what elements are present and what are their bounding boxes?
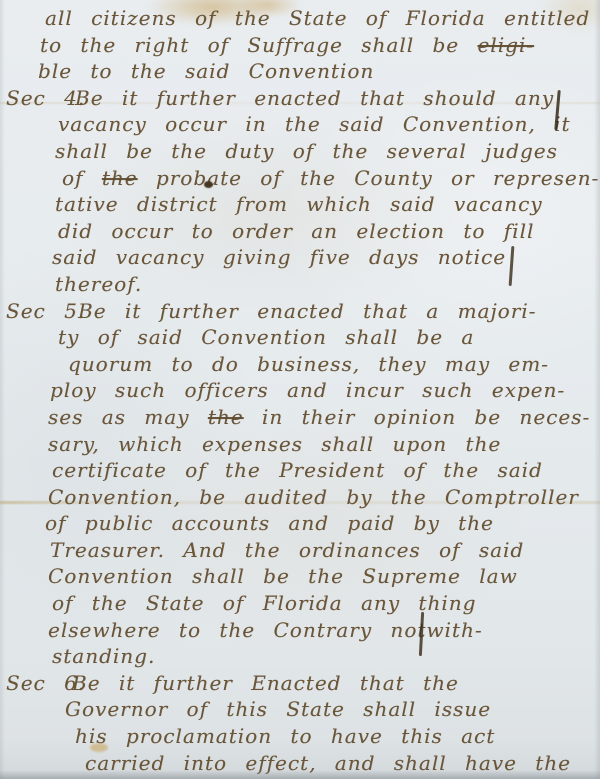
text-segment: Be it further Enacted that the (72, 671, 459, 695)
text-segment: of (62, 166, 102, 190)
manuscript-line: certificate of the President of the said (0, 457, 600, 484)
text-segment: vacancy occur in the said Convention, it (58, 112, 571, 136)
manuscript-line: quorum to do business, they may em- (0, 351, 600, 378)
text-segment: ble to the said Convention (38, 59, 374, 83)
manuscript-line: of public accounts and paid by the (0, 510, 600, 537)
manuscript-line: did occur to order an election to fill (0, 218, 600, 245)
section-label: Sec 5. (6, 298, 85, 325)
text-segment: Be it further enacted that a majori- (78, 299, 536, 323)
text-segment: elsewhere to the Contrary notwith- (48, 618, 483, 642)
text-segment: Be it further enacted that should any (75, 86, 554, 110)
text-segment: shall be the duty of the several judges (55, 139, 558, 163)
manuscript-line: of the probate of the County or represen… (0, 165, 600, 192)
text-segment: ploy such officers and incur such expen- (50, 378, 565, 402)
manuscript-line: Treasurer. And the ordinances of said (0, 537, 600, 564)
manuscript-line: standing. (0, 643, 600, 670)
text-segment: tative district from which said vacancy (55, 192, 543, 216)
struck-text: the (102, 166, 138, 190)
manuscript-line: ses as may the in their opinion be neces… (0, 404, 600, 431)
manuscript-text: all citizens of the State of Florida ent… (0, 5, 600, 776)
text-segment: Treasurer. And the ordinances of said (50, 538, 524, 562)
manuscript-line: elsewhere to the Contrary notwith- (0, 617, 600, 644)
manuscript-line: said vacancy giving five days notice (0, 244, 600, 271)
text-segment: of public accounts and paid by the (45, 511, 494, 535)
manuscript-line: his proclamation to have this act (0, 723, 600, 750)
text-segment: in their opinion be neces- (244, 405, 591, 429)
text-segment: Convention shall be the Supreme law (48, 564, 518, 588)
manuscript-line: of the State of Florida any thing (0, 590, 600, 617)
manuscript-line: vacancy occur in the said Convention, it (0, 111, 600, 138)
manuscript-line: shall be the duty of the several judges (0, 138, 600, 165)
struck-text: the (208, 405, 244, 429)
text-segment: thereof. (55, 272, 142, 296)
section-label: Sec 6. (6, 670, 85, 697)
manuscript-line: tative district from which said vacancy (0, 191, 600, 218)
text-segment: ses as may (48, 405, 208, 429)
text-segment: said vacancy giving five days notice (52, 245, 506, 269)
manuscript-line: Convention, be audited by the Comptrolle… (0, 484, 600, 511)
text-segment: did occur to order an election to fill (58, 219, 534, 243)
struck-text: eligi- (477, 33, 534, 57)
manuscript-line: ble to the said Convention (0, 58, 600, 85)
manuscript-line: thereof. (0, 271, 600, 298)
text-segment: certificate of the President of the said (52, 458, 543, 482)
section-label: Sec 4. (6, 85, 85, 112)
manuscript-line: ty of said Convention shall be a (0, 324, 600, 351)
manuscript-line: all citizens of the State of Florida ent… (0, 5, 600, 32)
text-segment: of the State of Florida any thing (52, 591, 476, 615)
text-segment: to the right of Suffrage shall be (40, 33, 477, 57)
text-segment: all citizens of the State of Florida ent… (45, 6, 590, 30)
manuscript-line: Governor of this State shall issue (0, 696, 600, 723)
text-segment: Convention, be audited by the Comptrolle… (48, 485, 579, 509)
text-segment: sary, which expenses shall upon the (48, 432, 501, 456)
text-segment: his proclamation to have this act (75, 724, 495, 748)
manuscript-line: sary, which expenses shall upon the (0, 431, 600, 458)
manuscript-page: all citizens of the State of Florida ent… (0, 0, 600, 779)
manuscript-line: Sec 6.Be it further Enacted that the (0, 670, 600, 697)
text-segment: standing. (52, 644, 155, 668)
manuscript-line: Sec 5.Be it further enacted that a major… (0, 298, 600, 325)
text-segment: probate of the County or represen- (138, 166, 600, 190)
text-segment: carried into effect, and shall have the (85, 751, 571, 775)
manuscript-line: Convention shall be the Supreme law (0, 563, 600, 590)
text-segment: Governor of this State shall issue (65, 697, 491, 721)
text-segment: ty of said Convention shall be a (58, 325, 474, 349)
manuscript-line: to the right of Suffrage shall be eligi- (0, 32, 600, 59)
text-segment: quorum to do business, they may em- (68, 352, 549, 376)
manuscript-line: ploy such officers and incur such expen- (0, 377, 600, 404)
manuscript-line: carried into effect, and shall have the (0, 750, 600, 777)
manuscript-line: Sec 4.Be it further enacted that should … (0, 85, 600, 112)
